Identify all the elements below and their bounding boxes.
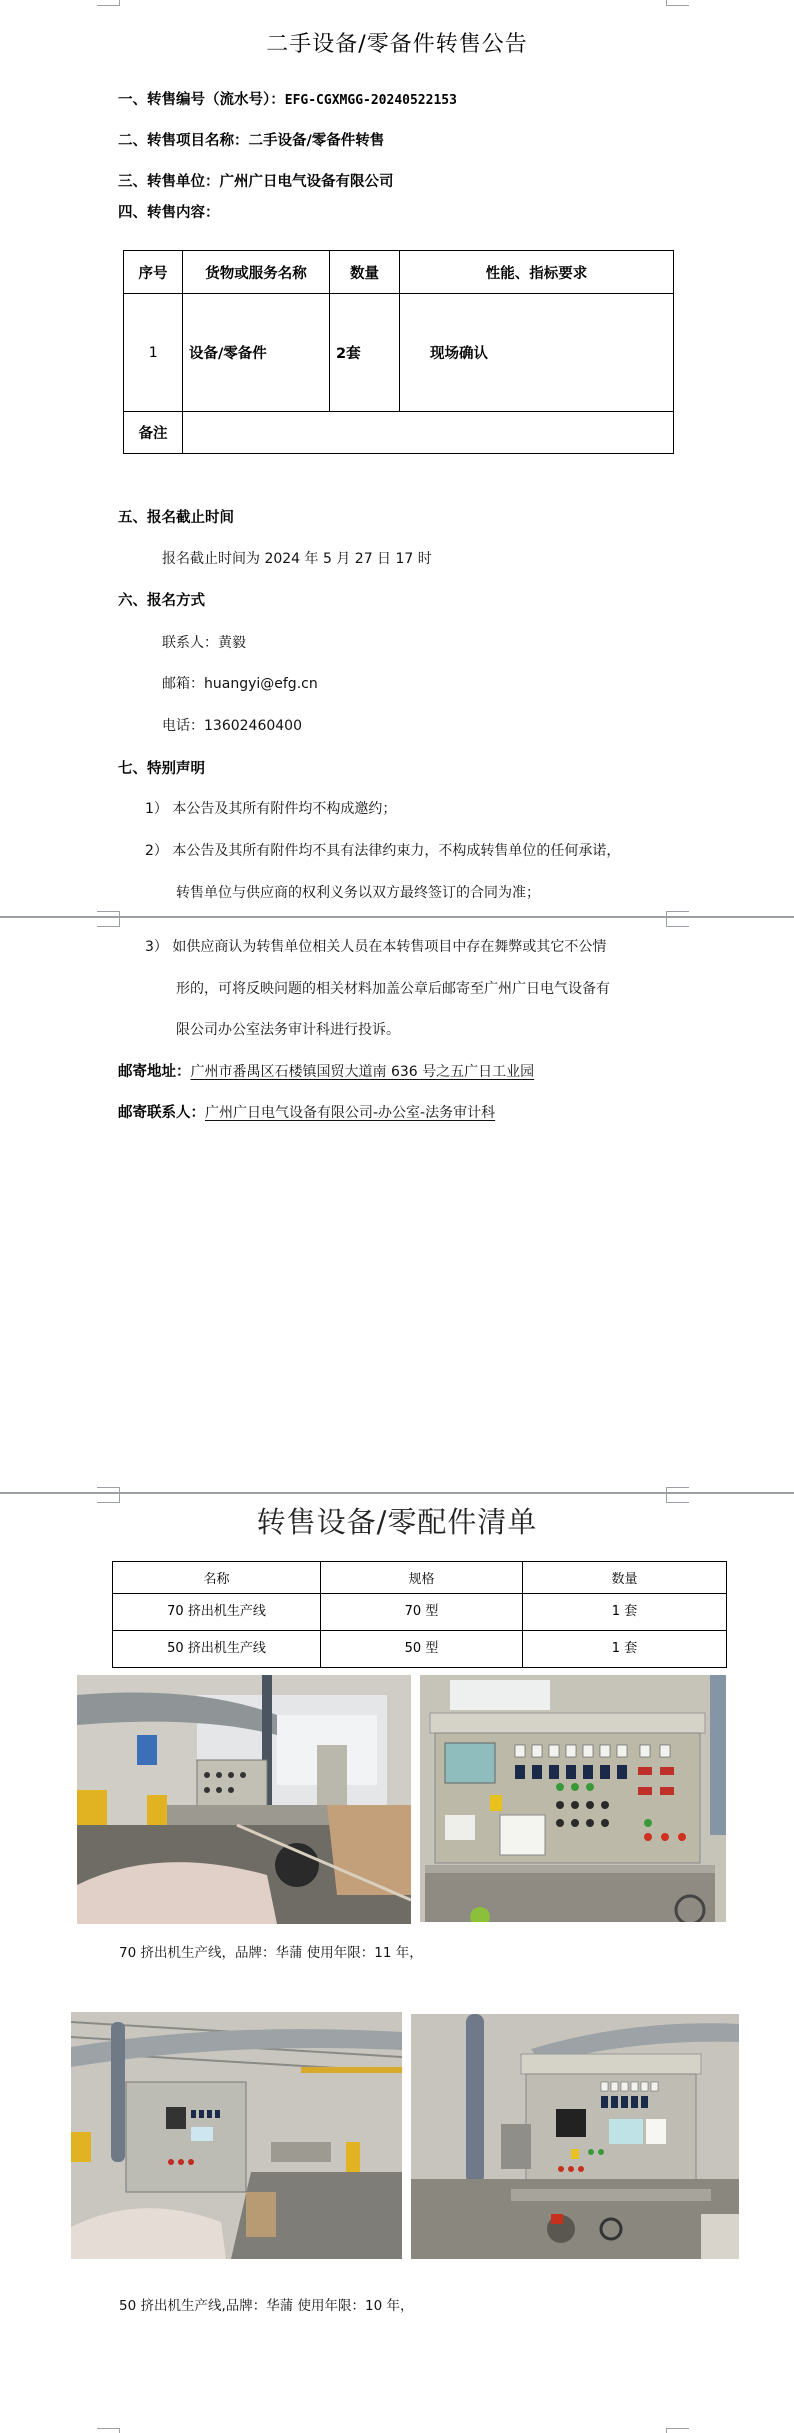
mail-address-label: 邮寄地址：: [118, 1064, 191, 1080]
page-corner-mark: [666, 0, 689, 6]
cell-no: 1: [124, 294, 183, 412]
statement-item-3-cont: 限公司办公室法务审计科进行投诉。: [176, 1019, 400, 1039]
cell-spec: 50 型: [321, 1631, 523, 1668]
statement-item-3: 3） 如供应商认为转售单位相关人员在本转售项目中存在舞弊或其它不公情: [145, 936, 606, 956]
caption-50-line: 50 挤出机生产线,品牌：华蒲 使用年限：10 年，: [119, 2294, 414, 2314]
mail-contact-line: 邮寄联系人：广州广日电气设备有限公司-办公室-法务审计科: [118, 1101, 495, 1122]
control-panel-illustration: [411, 2014, 739, 2259]
caption-70-line: 70 挤出机生产线，品牌：华蒲 使用年限：11 年，: [119, 1941, 423, 1961]
contact-person: 联系人：黄毅: [162, 632, 246, 652]
mail-contact-label: 邮寄联系人：: [118, 1105, 205, 1121]
cell-name: 70 挤出机生产线: [113, 1594, 321, 1631]
page-corner-mark: [666, 2428, 689, 2433]
deadline-heading: 五、报名截止时间: [118, 506, 234, 527]
header-no: 序号: [124, 251, 183, 294]
equipment-list-title: 转售设备/零配件清单: [0, 1500, 794, 1541]
mail-address-value: 广州市番禺区石楼镇国贸大道南 636 号之五广日工业园: [191, 1064, 535, 1080]
page-corner-mark: [97, 2428, 120, 2433]
statement-item-2: 2） 本公告及其所有附件均不具有法律约束力，不构成转售单位的任何承诺，: [145, 840, 620, 860]
page-corner-mark: [97, 911, 120, 927]
cell-spec: 70 型: [321, 1594, 523, 1631]
header-spec: 规格: [321, 1562, 523, 1594]
project-name-line: 二、转售项目名称：二手设备/零备件转售: [118, 129, 384, 150]
factory-line-illustration: [77, 1675, 411, 1924]
cell-spec: 现场确认: [400, 294, 674, 412]
header-qty: 数量: [523, 1562, 727, 1594]
equipment-photo-50-line: [71, 2012, 402, 2259]
seller-value: 广州广日电气设备有限公司: [220, 174, 394, 190]
sale-number-label: 一、转售编号（流水号）：: [118, 92, 285, 108]
statement-item-3-cont: 形的，可将反映问题的相关材料加盖公章后邮寄至广州广日电气设备有: [176, 978, 610, 998]
equipment-photo-50-panel: [411, 2014, 739, 2259]
control-panel-illustration: [420, 1675, 726, 1922]
table-row: 70 挤出机生产线 70 型 1 套: [113, 1594, 727, 1631]
statement-heading: 七、特别声明: [118, 757, 205, 778]
page-corner-mark: [97, 0, 120, 6]
header-name: 名称: [113, 1562, 321, 1594]
equipment-list-table: 名称 规格 数量 70 挤出机生产线 70 型 1 套 50 挤出机生产线 50…: [112, 1561, 727, 1668]
cell-qty: 1 套: [523, 1631, 727, 1668]
cell-name: 50 挤出机生产线: [113, 1631, 321, 1668]
sale-content-heading: 四、转售内容：: [118, 201, 220, 222]
equipment-photo-70-panel: [420, 1675, 726, 1922]
header-qty: 数量: [330, 251, 400, 294]
sale-content-table: 序号 货物或服务名称 数量 性能、指标要求 1 设备/零备件 2套 现场确认 备…: [123, 250, 674, 454]
project-name-label: 二、转售项目名称：: [118, 133, 249, 149]
header-spec: 性能、指标要求: [400, 251, 674, 294]
contact-email[interactable]: 邮箱：huangyi@efg.cn: [162, 673, 318, 693]
registration-heading: 六、报名方式: [118, 589, 205, 610]
cell-qty: 1 套: [523, 1594, 727, 1631]
seller-label: 三、转售单位：: [118, 174, 220, 190]
table-row: 1 设备/零备件 2套 现场确认: [124, 294, 674, 412]
mail-address-line: 邮寄地址：广州市番禺区石楼镇国贸大道南 636 号之五广日工业园: [118, 1060, 534, 1081]
sale-number-value: EFG-CGXMGG-20240522153: [285, 93, 457, 108]
seller-line: 三、转售单位：广州广日电气设备有限公司: [118, 170, 394, 191]
sale-number-line: 一、转售编号（流水号）：EFG-CGXMGG-20240522153: [118, 88, 457, 109]
remark-label: 备注: [124, 412, 183, 454]
project-name-value: 二手设备/零备件转售: [249, 133, 385, 149]
cell-name: 设备/零备件: [183, 294, 330, 412]
page-corner-mark: [666, 911, 689, 927]
factory-line-illustration: [71, 2012, 402, 2259]
equipment-photo-70-line: [77, 1675, 411, 1924]
contact-phone: 电话：13602460400: [162, 715, 302, 735]
remark-value: [183, 412, 674, 454]
deadline-text: 报名截止时间为 2024 年 5 月 27 日 17 时: [162, 548, 432, 568]
header-name: 货物或服务名称: [183, 251, 330, 294]
cell-qty: 2套: [330, 294, 400, 412]
page-title: 二手设备/零备件转售公告: [0, 27, 794, 58]
statement-item-2-cont: 转售单位与供应商的权利义务以双方最终签订的合同为准；: [176, 882, 540, 902]
statement-item-1: 1） 本公告及其所有附件均不构成邀约；: [145, 798, 396, 818]
mail-contact-value: 广州广日电气设备有限公司-办公室-法务审计科: [205, 1105, 495, 1121]
table-row: 50 挤出机生产线 50 型 1 套: [113, 1631, 727, 1668]
